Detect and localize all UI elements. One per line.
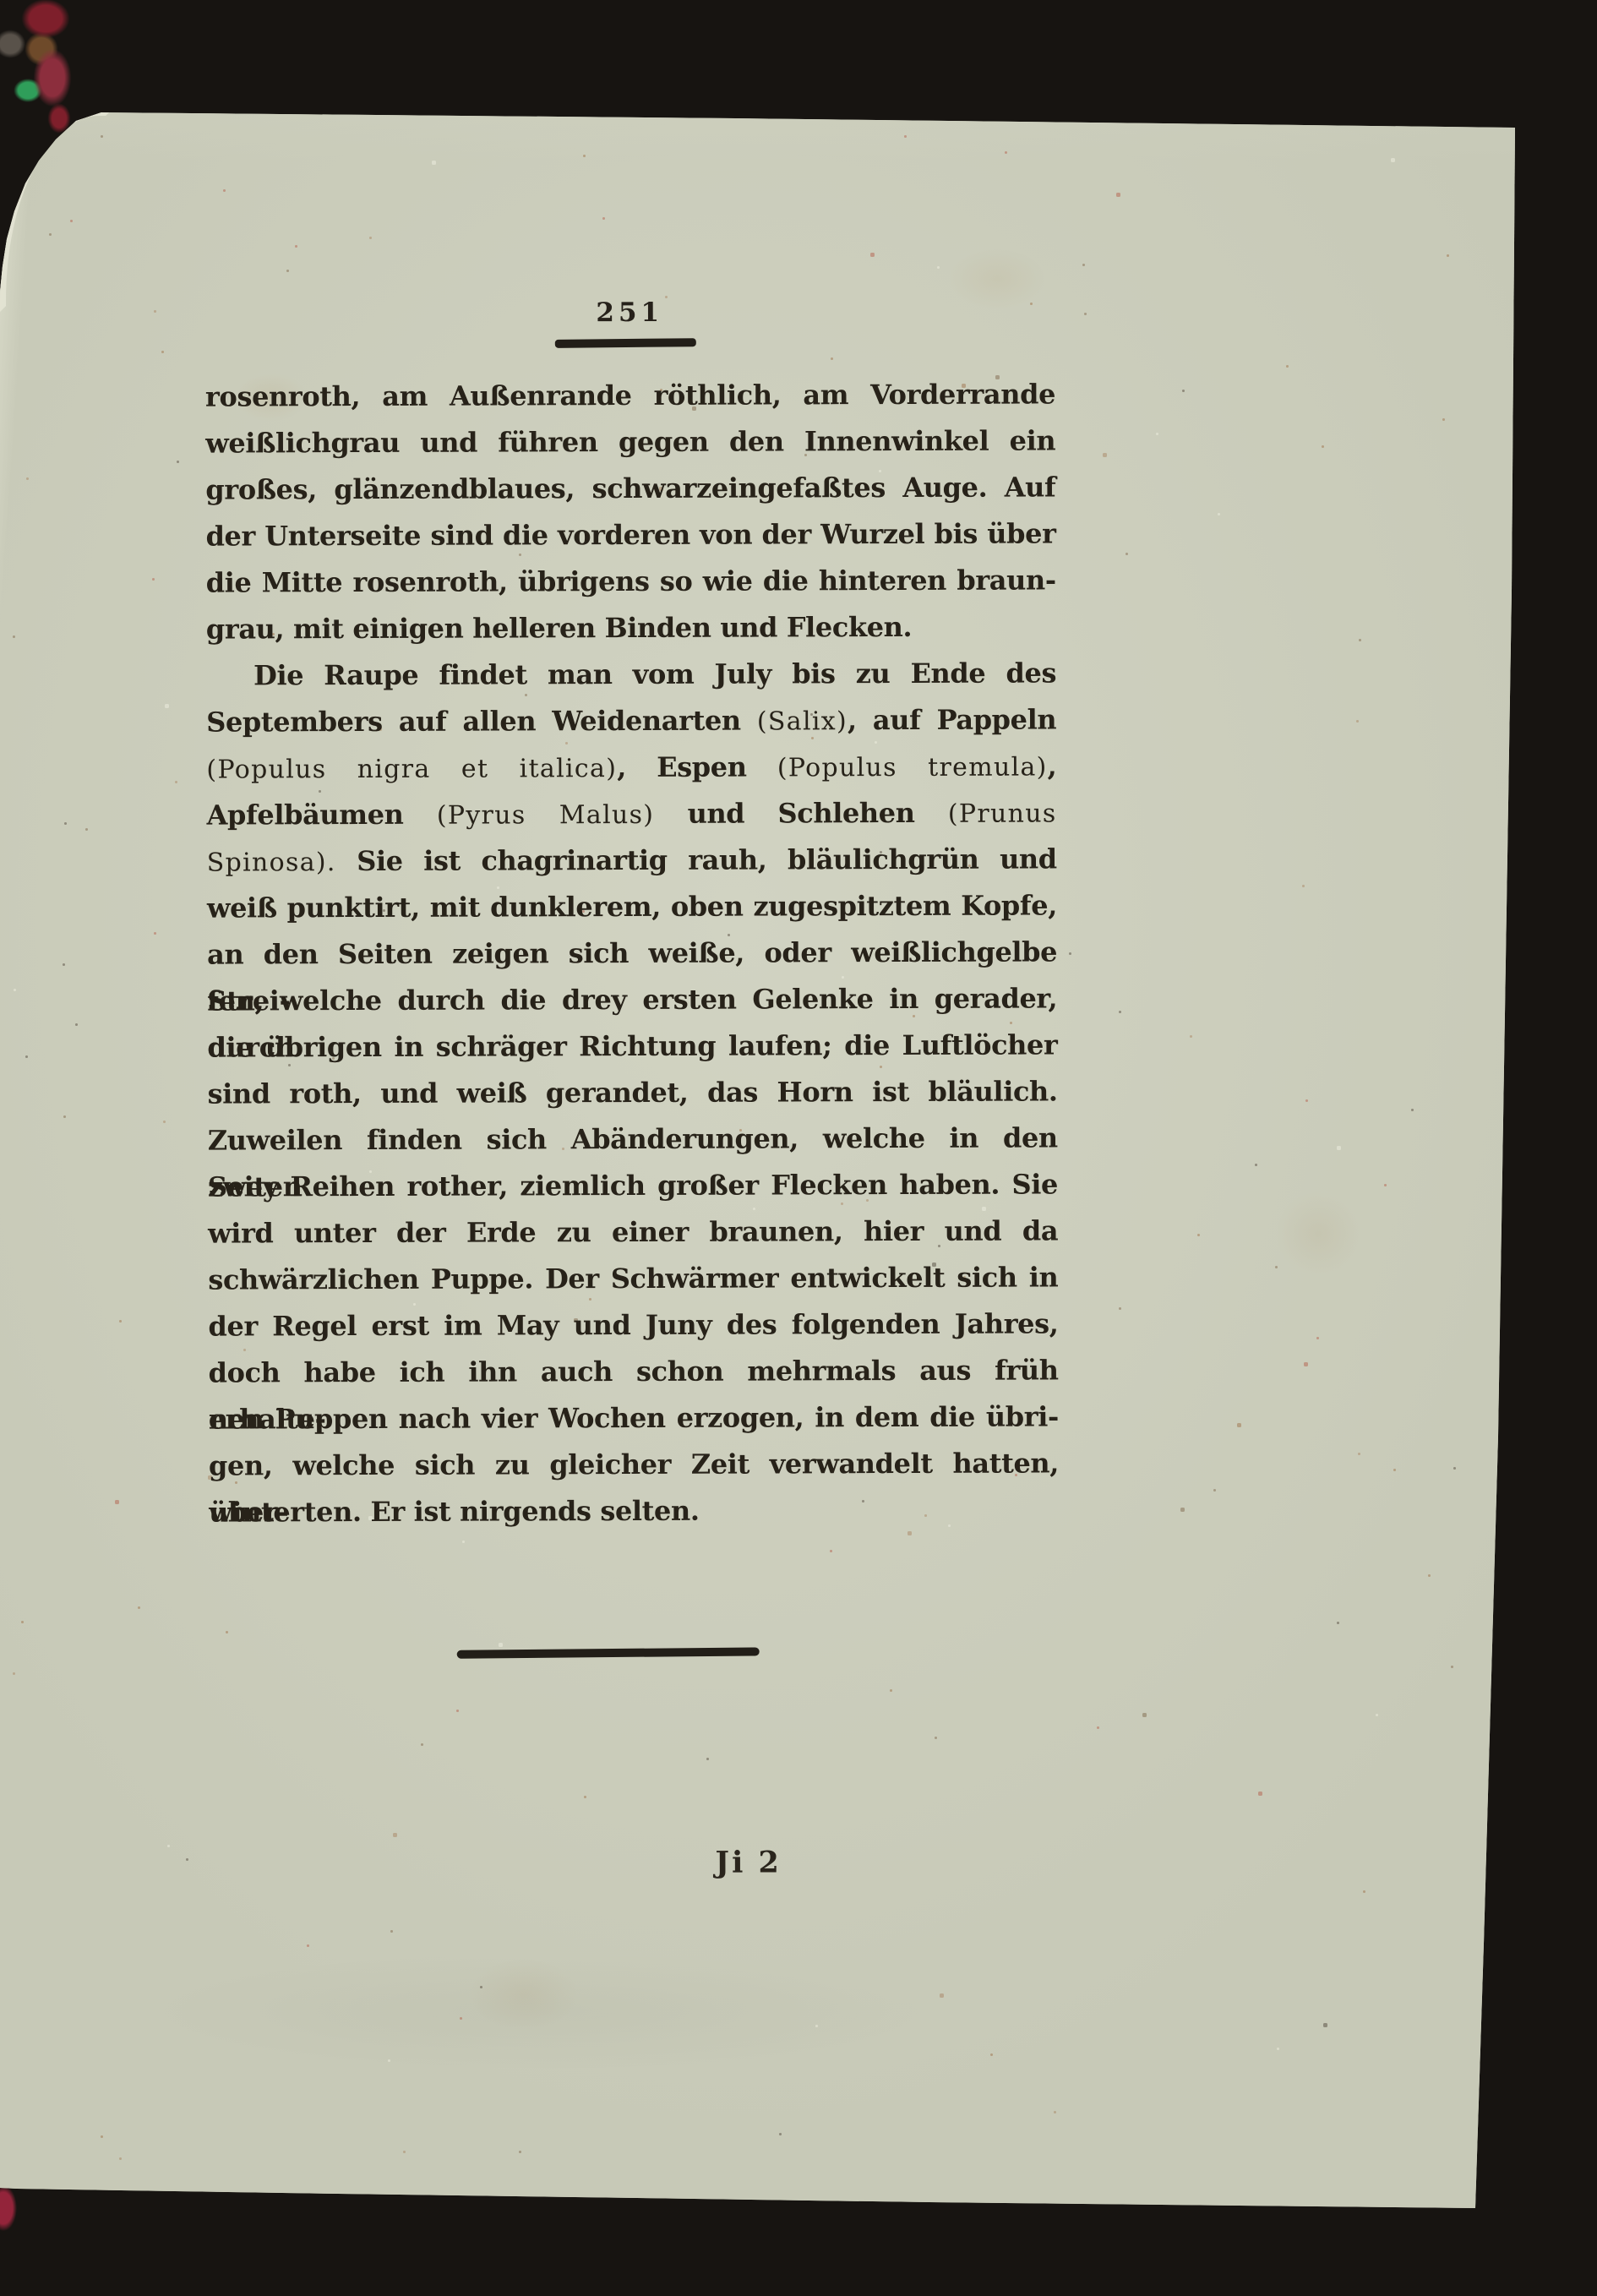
fraktur-text-segment: Sie ist chagrinartig rauh, bläulichgrün …	[336, 843, 1057, 877]
photo-background: 251 rosenroth, am Außenrande röthlich, a…	[0, 0, 1597, 2296]
text-line: fen, welche durch die drey ersten Gelenk…	[207, 975, 1057, 1024]
text-line: schwärzlichen Puppe. Der Schwärmer entwi…	[208, 1254, 1058, 1303]
text-line: sind roth, und weiß gerandet, das Horn i…	[208, 1068, 1058, 1117]
text-line: die Mitte rosenroth, übrigens so wie die…	[206, 557, 1056, 606]
fraktur-text-segment: Apfelbäumen	[207, 799, 437, 832]
fraktur-text-segment: ,	[1048, 750, 1057, 782]
fraktur-text-segment: und Schlehen	[654, 797, 948, 830]
fraktur-text-segment: der Unterseite sind die vorderen von der…	[205, 517, 1055, 552]
fraktur-text-segment: rosenroth, am Außenrande röthlich, am Vo…	[205, 378, 1055, 412]
body-text: rosenroth, am Außenrande röthlich, am Vo…	[205, 371, 1059, 1535]
signature-mark: Ji 2	[715, 1845, 782, 1879]
text-line: Zuweilen finden sich Abänderungen, welch…	[208, 1115, 1058, 1164]
text-line: doch habe ich ihn auch schon mehrmals au…	[209, 1347, 1059, 1396]
fraktur-text-segment: die übrigen in schräger Richtung laufen;…	[207, 1028, 1057, 1063]
fraktur-text-segment: grau, mit einigen helleren Binden und Fl…	[206, 611, 912, 646]
fraktur-text-segment: schwärzlichen Puppe. Der Schwärmer entwi…	[208, 1261, 1058, 1295]
page-content: 251 rosenroth, am Außenrande röthlich, a…	[0, 0, 1597, 2296]
fraktur-text-segment: Die Raupe findet man vom July bis zu End…	[253, 657, 1056, 691]
text-line: großes, glänzendblaues, schwarzeingefaßt…	[205, 464, 1055, 513]
text-line: Apfelbäumen (Pyrus Malus) und Schlehen (…	[206, 789, 1056, 838]
text-line: grau, mit einigen helleren Binden und Fl…	[206, 603, 1056, 652]
text-line: (Populus nigra et italica), Espen (Popul…	[206, 743, 1056, 792]
fraktur-text-segment: Septembers auf allen Weidenarten	[206, 705, 757, 739]
text-line: Spinosa). Sie ist chagrinartig rauh, blä…	[207, 836, 1057, 885]
fraktur-text-segment: großes, glänzendblaues, schwarzeingefaßt…	[205, 471, 1055, 505]
text-line: die übrigen in schräger Richtung laufen;…	[207, 1022, 1057, 1071]
latin-text-segment: Spinosa).	[207, 848, 336, 877]
page-number: 251	[205, 296, 1055, 329]
book-page: 251 rosenroth, am Außenrande röthlich, a…	[0, 0, 1597, 2296]
fraktur-text-segment: weiß punktirt, mit dunklerem, oben zuges…	[207, 889, 1057, 924]
fraktur-text-segment: sind roth, und weiß gerandet, das Horn i…	[208, 1075, 1058, 1110]
section-divider-rule	[457, 1647, 760, 1658]
book-cover-corner-sliver	[0, 2184, 20, 2237]
text-line: Septembers auf allen Weidenarten (Salix)…	[206, 696, 1056, 745]
text-line: der Regel erst im May und Juny des folge…	[208, 1301, 1058, 1350]
text-line: weiß punktirt, mit dunklerem, oben zuges…	[207, 882, 1057, 931]
text-line: nen Puppen nach vier Wochen erzogen, in …	[209, 1393, 1059, 1442]
latin-text-segment: (Pyrus Malus)	[437, 800, 655, 831]
text-line: Die Raupe findet man vom July bis zu End…	[206, 650, 1056, 699]
fraktur-text-segment: , Espen	[617, 750, 777, 783]
text-line: wird unter der Erde zu einer braunen, hi…	[208, 1208, 1058, 1257]
fraktur-text-segment: zwey Reihen rother, ziemlich großer Flec…	[208, 1168, 1058, 1203]
text-line: zwey Reihen rother, ziemlich großer Flec…	[208, 1161, 1058, 1210]
fraktur-text-segment: wird unter der Erde zu einer braunen, hi…	[208, 1214, 1058, 1249]
latin-text-segment: (Populus tremula)	[777, 752, 1048, 783]
fraktur-text-segment: , auf Pappeln	[848, 703, 1056, 736]
fraktur-text-segment: weißlichgrau und führen gegen den Innenw…	[205, 424, 1055, 459]
text-line: an den Seiten zeigen sich weiße, oder we…	[207, 929, 1057, 978]
latin-text-segment: (Populus nigra et italica)	[206, 754, 617, 785]
text-line: winterten. Er ist nirgends selten.	[209, 1486, 1059, 1535]
fraktur-text-segment: nen Puppen nach vier Wochen erzogen, in …	[209, 1400, 1059, 1435]
latin-text-segment: (Salix)	[757, 706, 848, 736]
page-number-underline	[555, 338, 696, 348]
fraktur-text-segment: winterten. Er ist nirgends selten.	[209, 1495, 700, 1529]
text-line: gen, welche sich zu gleicher Zeit verwan…	[209, 1440, 1059, 1489]
text-line: der Unterseite sind die vorderen von der…	[205, 510, 1055, 559]
fraktur-text-segment: der Regel erst im May und Juny des folge…	[208, 1307, 1058, 1342]
text-line: rosenroth, am Außenrande röthlich, am Vo…	[205, 371, 1055, 420]
fraktur-text-segment: die Mitte rosenroth, übrigens so wie die…	[206, 564, 1056, 598]
latin-text-segment: (Prunus	[948, 799, 1057, 828]
text-line: weißlichgrau und führen gegen den Innenw…	[205, 417, 1055, 466]
